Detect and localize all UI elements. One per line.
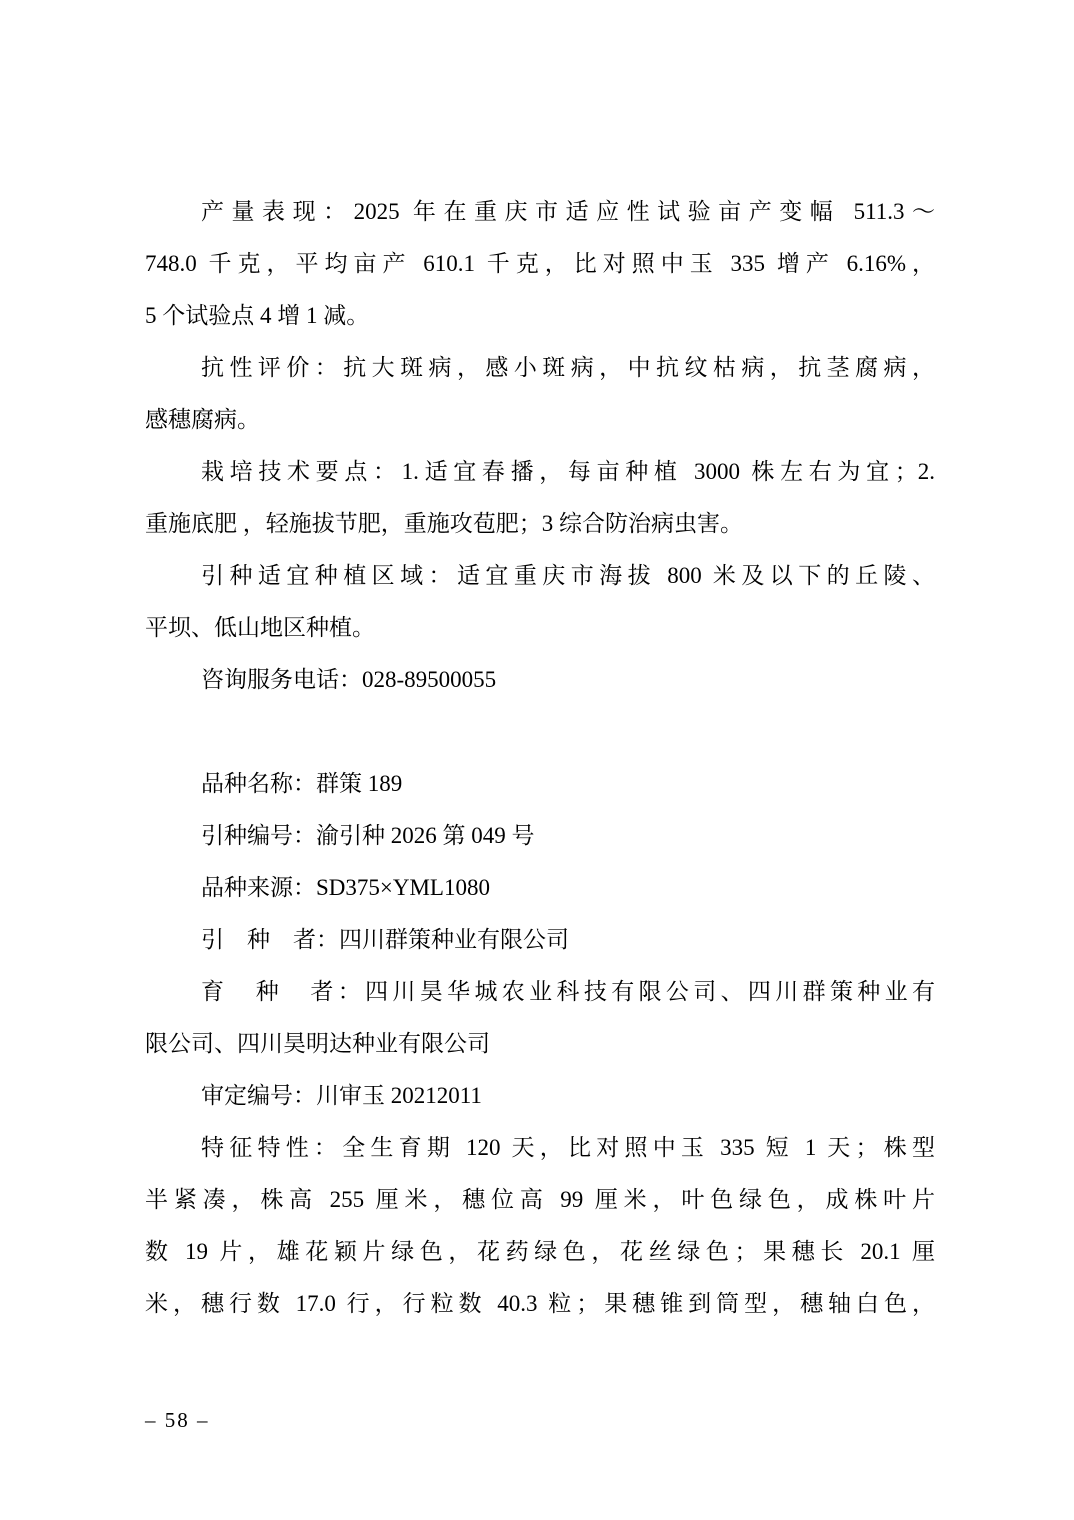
- text-line: 品种名称：群策 189: [145, 758, 935, 810]
- text-line: 限公司、四川昊明达种业有限公司: [145, 1018, 935, 1070]
- text-line: 平坝、低山地区种植。: [145, 602, 935, 654]
- text-line: 引种编号：渝引种 2026 第 049 号: [145, 810, 935, 862]
- text-line: 抗性评价：抗大斑病，感小斑病，中抗纹枯病，抗茎腐病，: [145, 342, 935, 394]
- text-line: 米，穗行数 17.0 行，行粒数 40.3 粒；果穗锥到筒型，穗轴白色，: [145, 1278, 935, 1330]
- text-line: 审定编号：川审玉 20212011: [145, 1070, 935, 1122]
- document-page: 产量表现：2025 年在重庆市适应性试验亩产变幅 511.3～748.0 千克，…: [0, 0, 1074, 1520]
- text-line: 咨询服务电话：028-89500055: [145, 654, 935, 706]
- text-line: 感穗腐病。: [145, 394, 935, 446]
- text-line: 品种来源：SD375×YML1080: [145, 862, 935, 914]
- text-line: [145, 706, 935, 758]
- text-line: 重施底肥 ，轻施拔节肥，重施攻苞肥；3 综合防治病虫害。: [145, 498, 935, 550]
- document-body: 产量表现：2025 年在重庆市适应性试验亩产变幅 511.3～748.0 千克，…: [145, 186, 935, 1330]
- text-line: 栽培技术要点：1.适宜春播，每亩种植 3000 株左右为宜；2.: [145, 446, 935, 498]
- text-line: 半紧凑，株高 255 厘米，穗位高 99 厘米，叶色绿色，成株叶片: [145, 1174, 935, 1226]
- text-line: 育 种 者：四川昊华城农业科技有限公司、四川群策种业有: [145, 966, 935, 1018]
- text-line: 产量表现：2025 年在重庆市适应性试验亩产变幅 511.3～: [145, 186, 935, 238]
- text-line: 5 个试验点 4 增 1 减。: [145, 290, 935, 342]
- page-number: – 58 –: [145, 1405, 210, 1435]
- text-line: 数 19 片，雄花颖片绿色，花药绿色，花丝绿色；果穗长 20.1 厘: [145, 1226, 935, 1278]
- text-line: 引 种 者：四川群策种业有限公司: [145, 914, 935, 966]
- text-line: 特征特性：全生育期 120 天，比对照中玉 335 短 1 天；株型: [145, 1122, 935, 1174]
- text-line: 引种适宜种植区域：适宜重庆市海拔 800 米及以下的丘陵、: [145, 550, 935, 602]
- text-line: 748.0 千克，平均亩产 610.1 千克，比对照中玉 335 增产 6.16…: [145, 238, 935, 290]
